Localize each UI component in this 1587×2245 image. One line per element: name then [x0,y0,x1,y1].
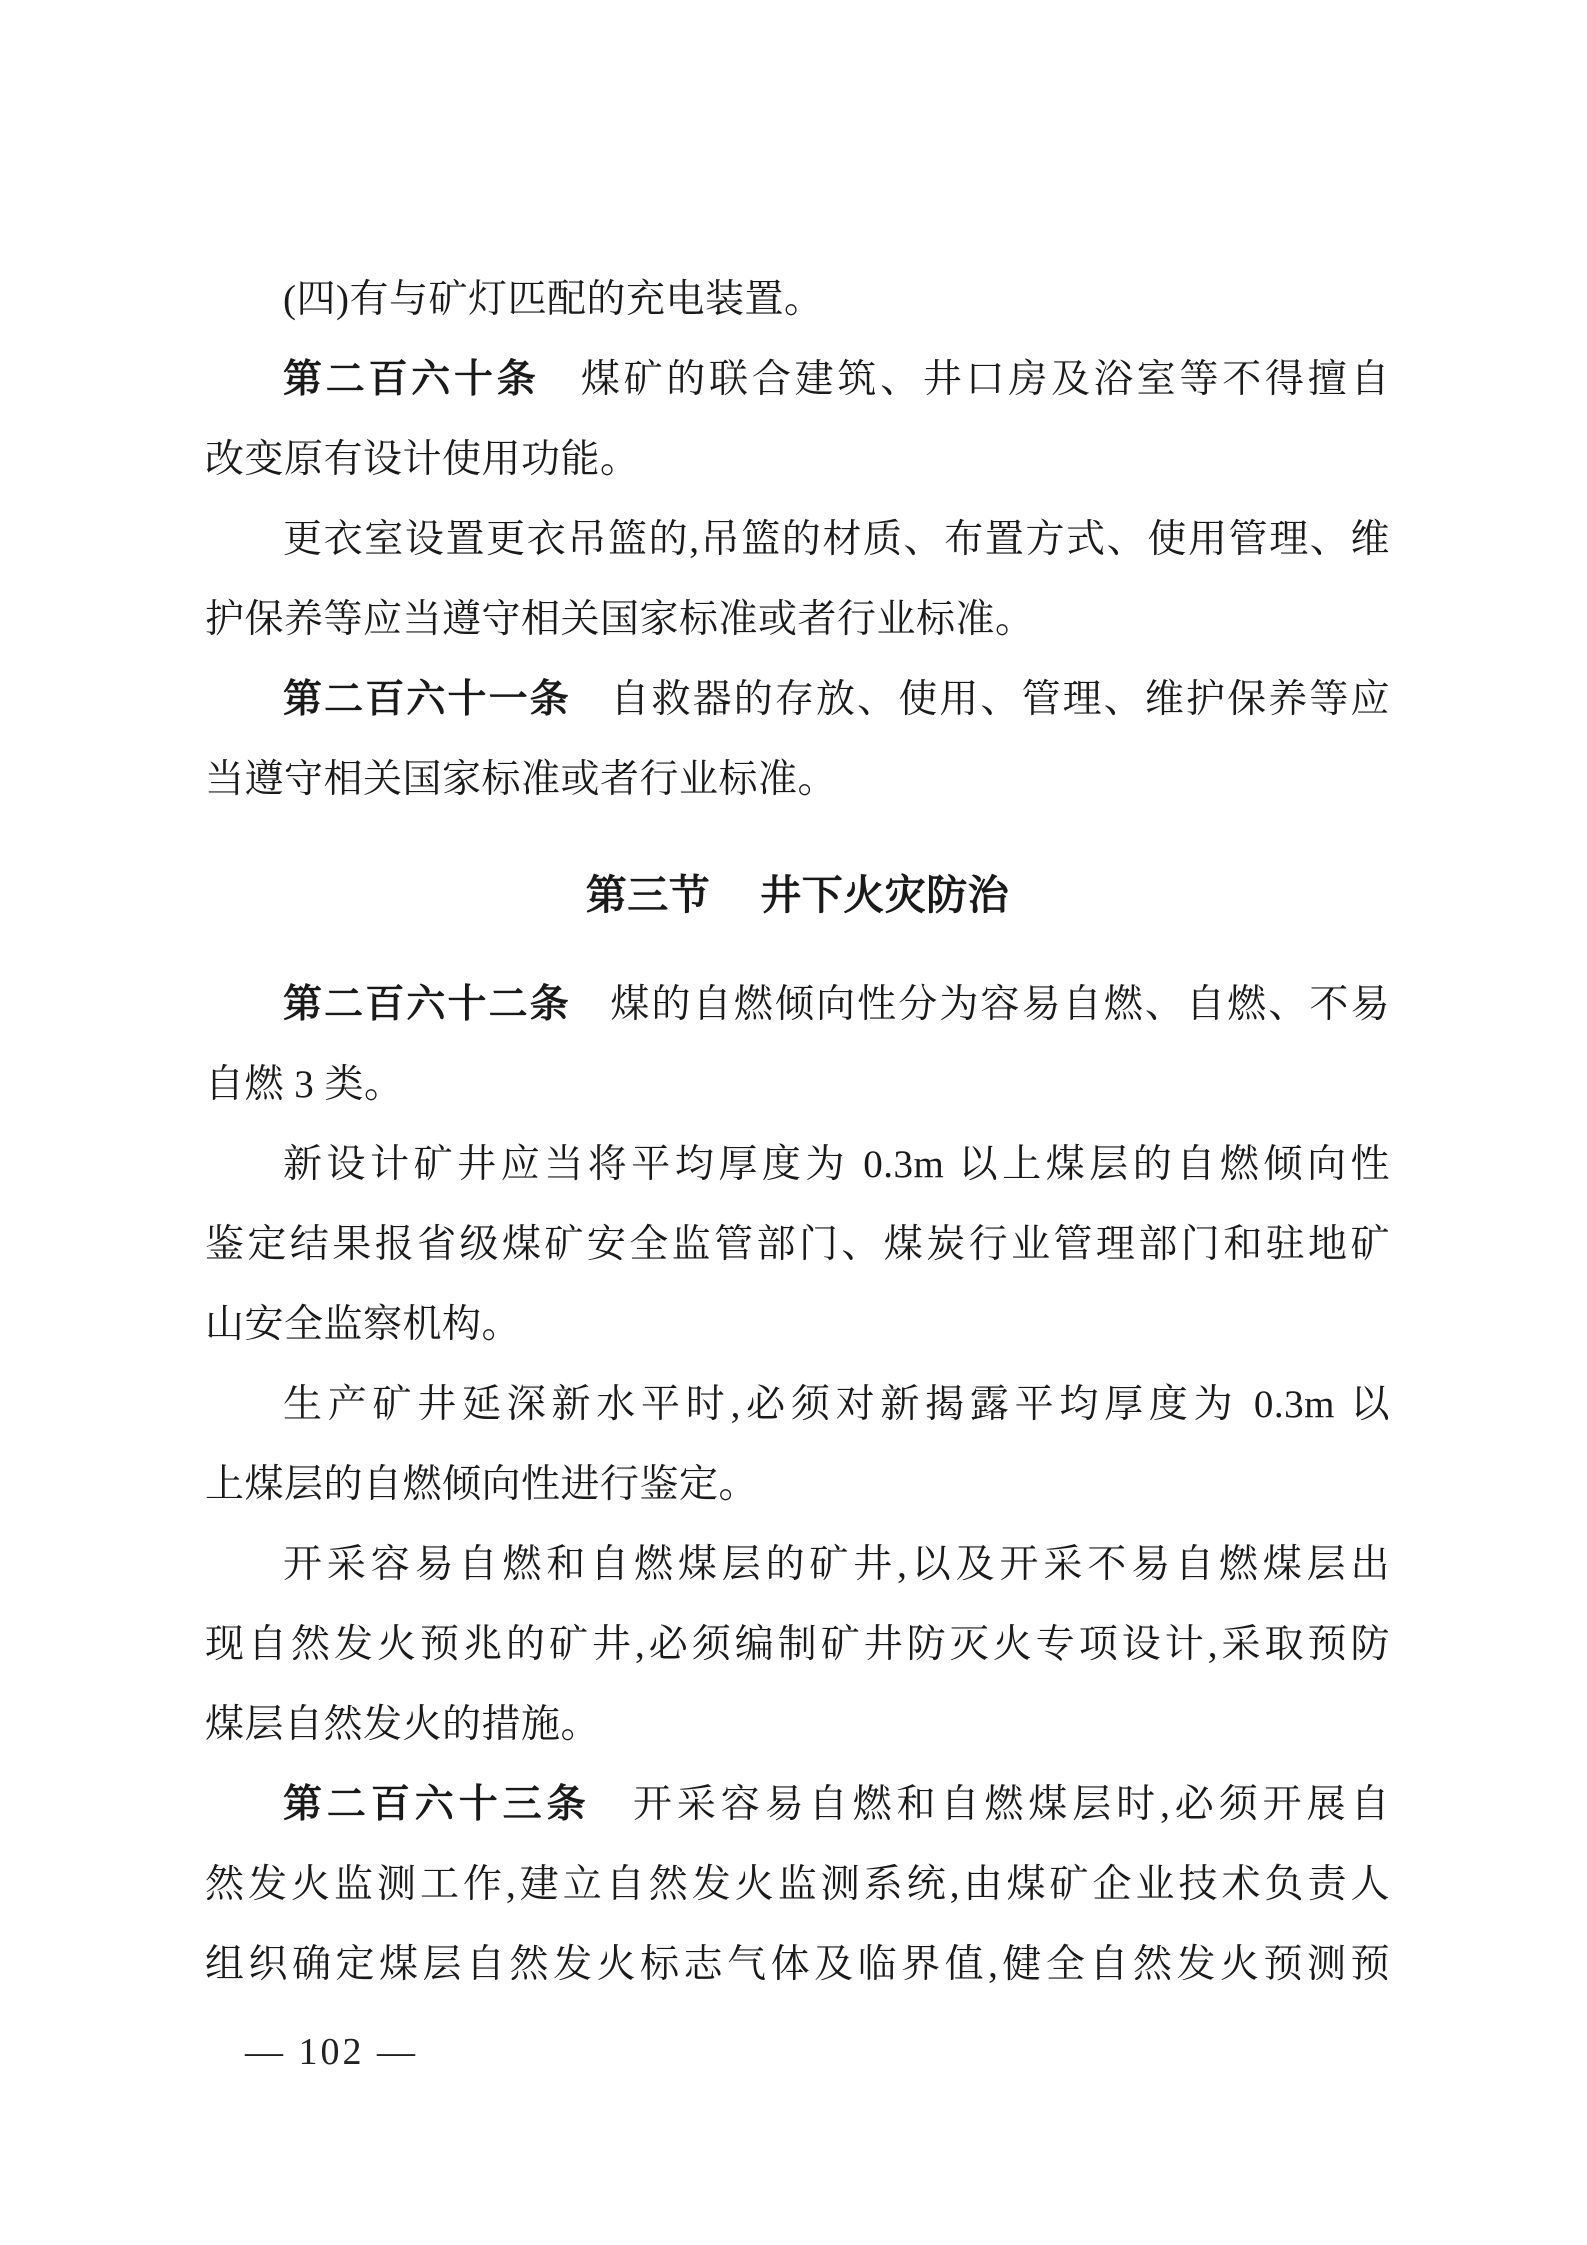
text-line: 第二百六十条煤矿的联合建筑、井口房及浴室等不得擅自 [205,340,1390,420]
text-line: 改变原有设计使用功能。 [205,420,1390,500]
page-number: — 102 — [245,2030,418,2074]
text-line: (四)有与矿灯匹配的充电装置。 [205,260,1390,340]
text-line: 然发火监测工作,建立自然发火监测系统,由煤矿企业技术负责人 [205,1845,1390,1925]
paragraph-clause-item: (四)有与矿灯匹配的充电装置。 [205,260,1390,340]
article-number: 第二百六十一条 [283,678,571,721]
text-line: 新设计矿井应当将平均厚度为 0.3m 以上煤层的自燃倾向性 [205,1125,1390,1205]
paragraph-article-263: 第二百六十三条开采容易自燃和自燃煤层时,必须开展自 然发火监测工作,建立自然发火… [205,1765,1390,2005]
text-line: 山安全监察机构。 [205,1285,1390,1365]
line-text: 自救器的存放、使用、管理、维护保养等应 [609,678,1390,721]
line-text: 开采容易自燃和自燃煤层时,必须开展自 [629,1783,1390,1826]
text-line: 自燃 3 类。 [205,1045,1390,1125]
text-line: 第二百六十二条煤的自燃倾向性分为容易自燃、自燃、不易 [205,965,1390,1045]
text-line: 生产矿井延深新水平时,必须对新揭露平均厚度为 0.3m 以 [205,1365,1390,1445]
paragraph-article-260: 第二百六十条煤矿的联合建筑、井口房及浴室等不得擅自 改变原有设计使用功能。 [205,340,1390,500]
text-line: 现自然发火预兆的矿井,必须编制矿井防灭火专项设计,采取预防 [205,1605,1390,1685]
text-line: 当遵守相关国家标准或者行业标准。 [205,740,1390,820]
article-number: 第二百六十二条 [283,983,571,1026]
paragraph-article-262: 第二百六十二条煤的自燃倾向性分为容易自燃、自燃、不易 自燃 3 类。 [205,965,1390,1125]
section-title: 井下火灾防治 [760,872,1009,918]
text-line: 上煤层的自燃倾向性进行鉴定。 [205,1445,1390,1525]
text-line: 护保养等应当遵守相关国家标准或者行业标准。 [205,580,1390,660]
paragraph-body: 新设计矿井应当将平均厚度为 0.3m 以上煤层的自燃倾向性 鉴定结果报省级煤矿安… [205,1125,1390,1365]
text-line: 组织确定煤层自然发火标志气体及临界值,健全自然发火预测预 [205,1925,1390,2005]
text-line: 第二百六十三条开采容易自燃和自燃煤层时,必须开展自 [205,1765,1390,1845]
text-line: 第二百六十一条自救器的存放、使用、管理、维护保养等应 [205,660,1390,740]
paragraph-body: 更衣室设置更衣吊篮的,吊篮的材质、布置方式、使用管理、维 护保养等应当遵守相关国… [205,500,1390,660]
article-number: 第二百六十条 [283,358,540,401]
paragraph-body: 开采容易自燃和自燃煤层的矿井,以及开采不易自燃煤层出 现自然发火预兆的矿井,必须… [205,1525,1390,1765]
text-line: 煤层自然发火的措施。 [205,1685,1390,1765]
text-line: 鉴定结果报省级煤矿安全监管部门、煤炭行业管理部门和驻地矿 [205,1205,1390,1285]
text-line: 开采容易自燃和自燃煤层的矿井,以及开采不易自燃煤层出 [205,1525,1390,1605]
text-line: 更衣室设置更衣吊篮的,吊篮的材质、布置方式、使用管理、维 [205,500,1390,580]
text-block: (四)有与矿灯匹配的充电装置。 第二百六十条煤矿的联合建筑、井口房及浴室等不得擅… [205,260,1390,2005]
paragraph-article-261: 第二百六十一条自救器的存放、使用、管理、维护保养等应 当遵守相关国家标准或者行业… [205,660,1390,820]
line-text: 煤的自燃倾向性分为容易自燃、自燃、不易 [609,983,1390,1026]
document-page: (四)有与矿灯匹配的充电装置。 第二百六十条煤矿的联合建筑、井口房及浴室等不得擅… [0,0,1587,2245]
section-heading: 第三节井下火灾防治 [205,855,1390,935]
section-number: 第三节 [586,872,711,918]
article-number: 第二百六十三条 [283,1783,591,1826]
line-text: 煤矿的联合建筑、井口房及浴室等不得擅自 [578,358,1390,401]
paragraph-body: 生产矿井延深新水平时,必须对新揭露平均厚度为 0.3m 以 上煤层的自燃倾向性进… [205,1365,1390,1525]
